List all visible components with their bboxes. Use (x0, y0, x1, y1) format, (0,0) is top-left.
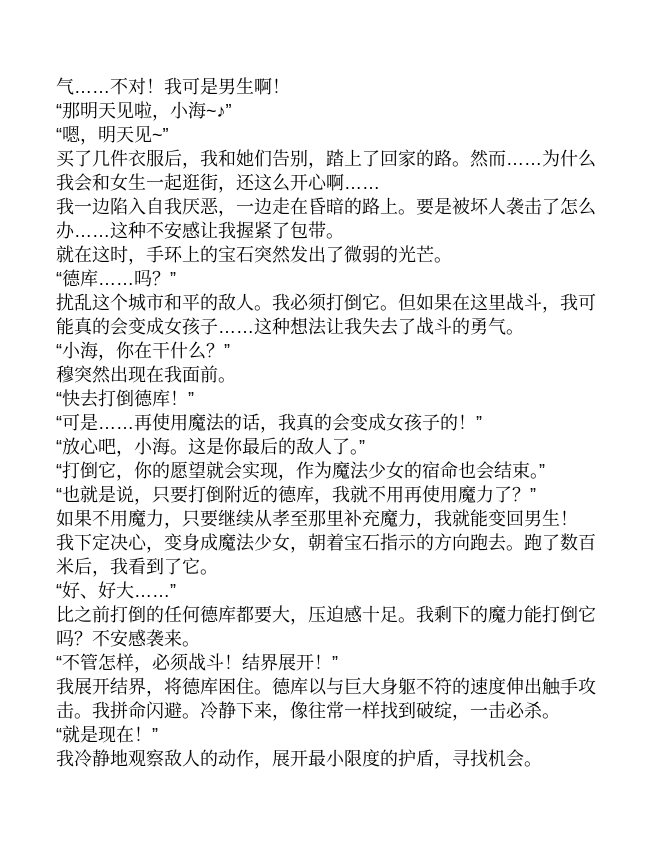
text-line: “那明天见啦，小海~♪” (56, 99, 601, 123)
text-line: 我冷静地观察敌人的动作，展开最小限度的护盾，寻找机会。 (56, 747, 601, 771)
text-line: 比之前打倒的任何德库都要大，压迫感十足。我剩下的魔力能打倒它 (56, 603, 601, 627)
text-line: “也就是说，只要打倒附近的德库，我就不用再使用魔力了？” (56, 483, 601, 507)
text-line: 能真的会变成女孩子……这种想法让我失去了战斗的勇气。 (56, 315, 601, 339)
text-line: 穆突然出现在我面前。 (56, 363, 601, 387)
page-text: 气……不对！我可是男生啊！“那明天见啦，小海~♪”“嗯，明天见~”买了几件衣服后… (56, 75, 601, 771)
text-line: 我会和女生一起逛街，还这么开心啊…… (56, 171, 601, 195)
text-line: 米后，我看到了它。 (56, 555, 601, 579)
text-line: 如果不用魔力，只要继续从孝至那里补充魔力，我就能变回男生！ (56, 507, 601, 531)
text-line: 扰乱这个城市和平的敌人。我必须打倒它。但如果在这里战斗，我可 (56, 291, 601, 315)
text-line: “可是……再使用魔法的话，我真的会变成女孩子的！” (56, 411, 601, 435)
text-line: “快去打倒德库！” (56, 387, 601, 411)
text-line: 就在这时，手环上的宝石突然发出了微弱的光芒。 (56, 243, 601, 267)
text-line: “放心吧，小海。这是你最后的敌人了。” (56, 435, 601, 459)
text-line: 气……不对！我可是男生啊！ (56, 75, 601, 99)
text-line: 我一边陷入自我厌恶，一边走在昏暗的路上。要是被坏人袭击了怎么 (56, 195, 601, 219)
text-line: “小海，你在干什么？” (56, 339, 601, 363)
text-line: “好、好大……” (56, 579, 601, 603)
text-line: “嗯，明天见~” (56, 123, 601, 147)
text-line: 买了几件衣服后，我和她们告别，踏上了回家的路。然而……为什么 (56, 147, 601, 171)
text-line: 我展开结界，将德库困住。德库以与巨大身躯不符的速度伸出触手攻 (56, 675, 601, 699)
text-line: “德库……吗？” (56, 267, 601, 291)
text-line: “打倒它，你的愿望就会实现，作为魔法少女的宿命也会结束。” (56, 459, 601, 483)
text-line: 我下定决心，变身成魔法少女，朝着宝石指示的方向跑去。跑了数百 (56, 531, 601, 555)
text-line: “就是现在！” (56, 723, 601, 747)
text-line: 击。我拼命闪避。冷静下来，像往常一样找到破绽，一击必杀。 (56, 699, 601, 723)
text-line: 吗？不安感袭来。 (56, 627, 601, 651)
text-line: “不管怎样，必须战斗！结界展开！” (56, 651, 601, 675)
text-line: 办……这种不安感让我握紧了包带。 (56, 219, 601, 243)
document-page: 气……不对！我可是男生啊！“那明天见啦，小海~♪”“嗯，明天见~”买了几件衣服后… (0, 0, 650, 850)
